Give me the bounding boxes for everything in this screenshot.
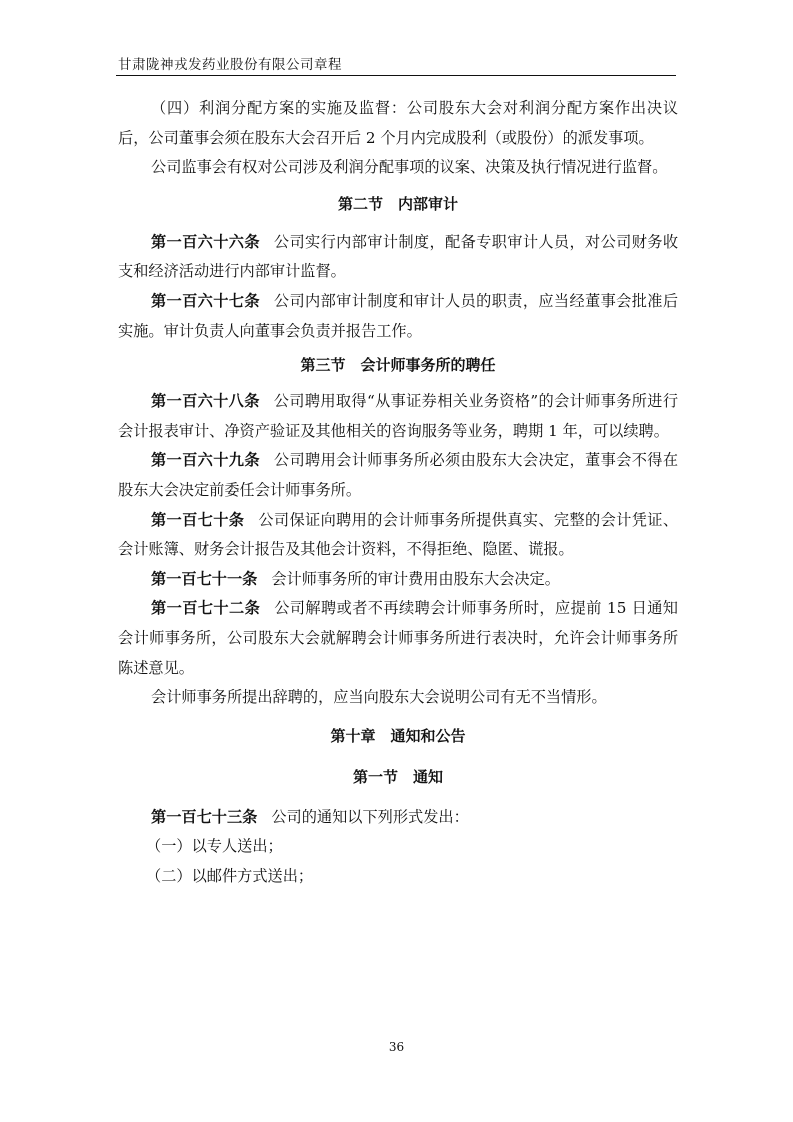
article-label: 第一百六十七条 — [151, 292, 260, 310]
article: 第一百七十三条公司的通知以下列形式发出： — [118, 803, 678, 833]
article: 第一百七十二条公司解聘或者不再续聘会计师事务所时，应提前 15 日通知会计师事务… — [118, 594, 678, 683]
page-number: 36 — [0, 1040, 793, 1054]
section-heading: 第一节 通知 — [118, 766, 678, 787]
article-text: 公司的通知以下列形式发出： — [271, 808, 468, 826]
article: 第一百七十条公司保证向聘用的会计师事务所提供真实、完整的会计凭证、会计账簿、财务… — [118, 506, 678, 565]
list-item: （一）以专人送出； — [118, 832, 678, 862]
paragraph: 公司监事会有权对公司涉及利润分配事项的议案、决策及执行情况进行监督。 — [118, 153, 678, 183]
article: 第一百六十八条公司聘用取得“从事证券相关业务资格”的会计师事务所进行会计报表审计… — [118, 387, 678, 446]
paragraph: 会计师事务所提出辞聘的，应当向股东大会说明公司有无不当情形。 — [118, 683, 678, 713]
article-label: 第一百七十二条 — [151, 599, 260, 617]
list-item: （二）以邮件方式送出； — [118, 862, 678, 892]
article: 第一百六十六条公司实行内部审计制度，配备专职审计人员，对公司财务收支和经济活动进… — [118, 228, 678, 287]
article-label: 第一百七十条 — [151, 511, 244, 529]
paragraph: （四）利润分配方案的实施及监督：公司股东大会对利润分配方案作出决议后，公司董事会… — [118, 94, 678, 153]
article-label: 第一百六十八条 — [151, 392, 260, 410]
article-label: 第一百七十三条 — [151, 808, 257, 826]
section-heading: 第三节 会计师事务所的聘任 — [118, 354, 678, 375]
page-body: （四）利润分配方案的实施及监督：公司股东大会对利润分配方案作出决议后，公司董事会… — [118, 94, 678, 891]
page-header: 甘肃陇神戎发药业股份有限公司章程 — [116, 51, 676, 76]
article-label: 第一百七十一条 — [151, 570, 257, 588]
article: 第一百六十九条公司聘用会计师事务所必须由股东大会决定，董事会不得在股东大会决定前… — [118, 446, 678, 505]
article-label: 第一百六十九条 — [151, 451, 260, 469]
article-text: 会计师事务所的审计费用由股东大会决定。 — [271, 570, 560, 588]
article: 第一百七十一条会计师事务所的审计费用由股东大会决定。 — [118, 565, 678, 595]
article: 第一百六十七条公司内部审计制度和审计人员的职责，应当经董事会批准后实施。审计负责… — [118, 287, 678, 346]
article-label: 第一百六十六条 — [151, 233, 260, 251]
header-title: 甘肃陇神戎发药业股份有限公司章程 — [118, 53, 342, 73]
chapter-heading: 第十章 通知和公告 — [118, 725, 678, 746]
section-heading: 第二节 内部审计 — [118, 193, 678, 214]
